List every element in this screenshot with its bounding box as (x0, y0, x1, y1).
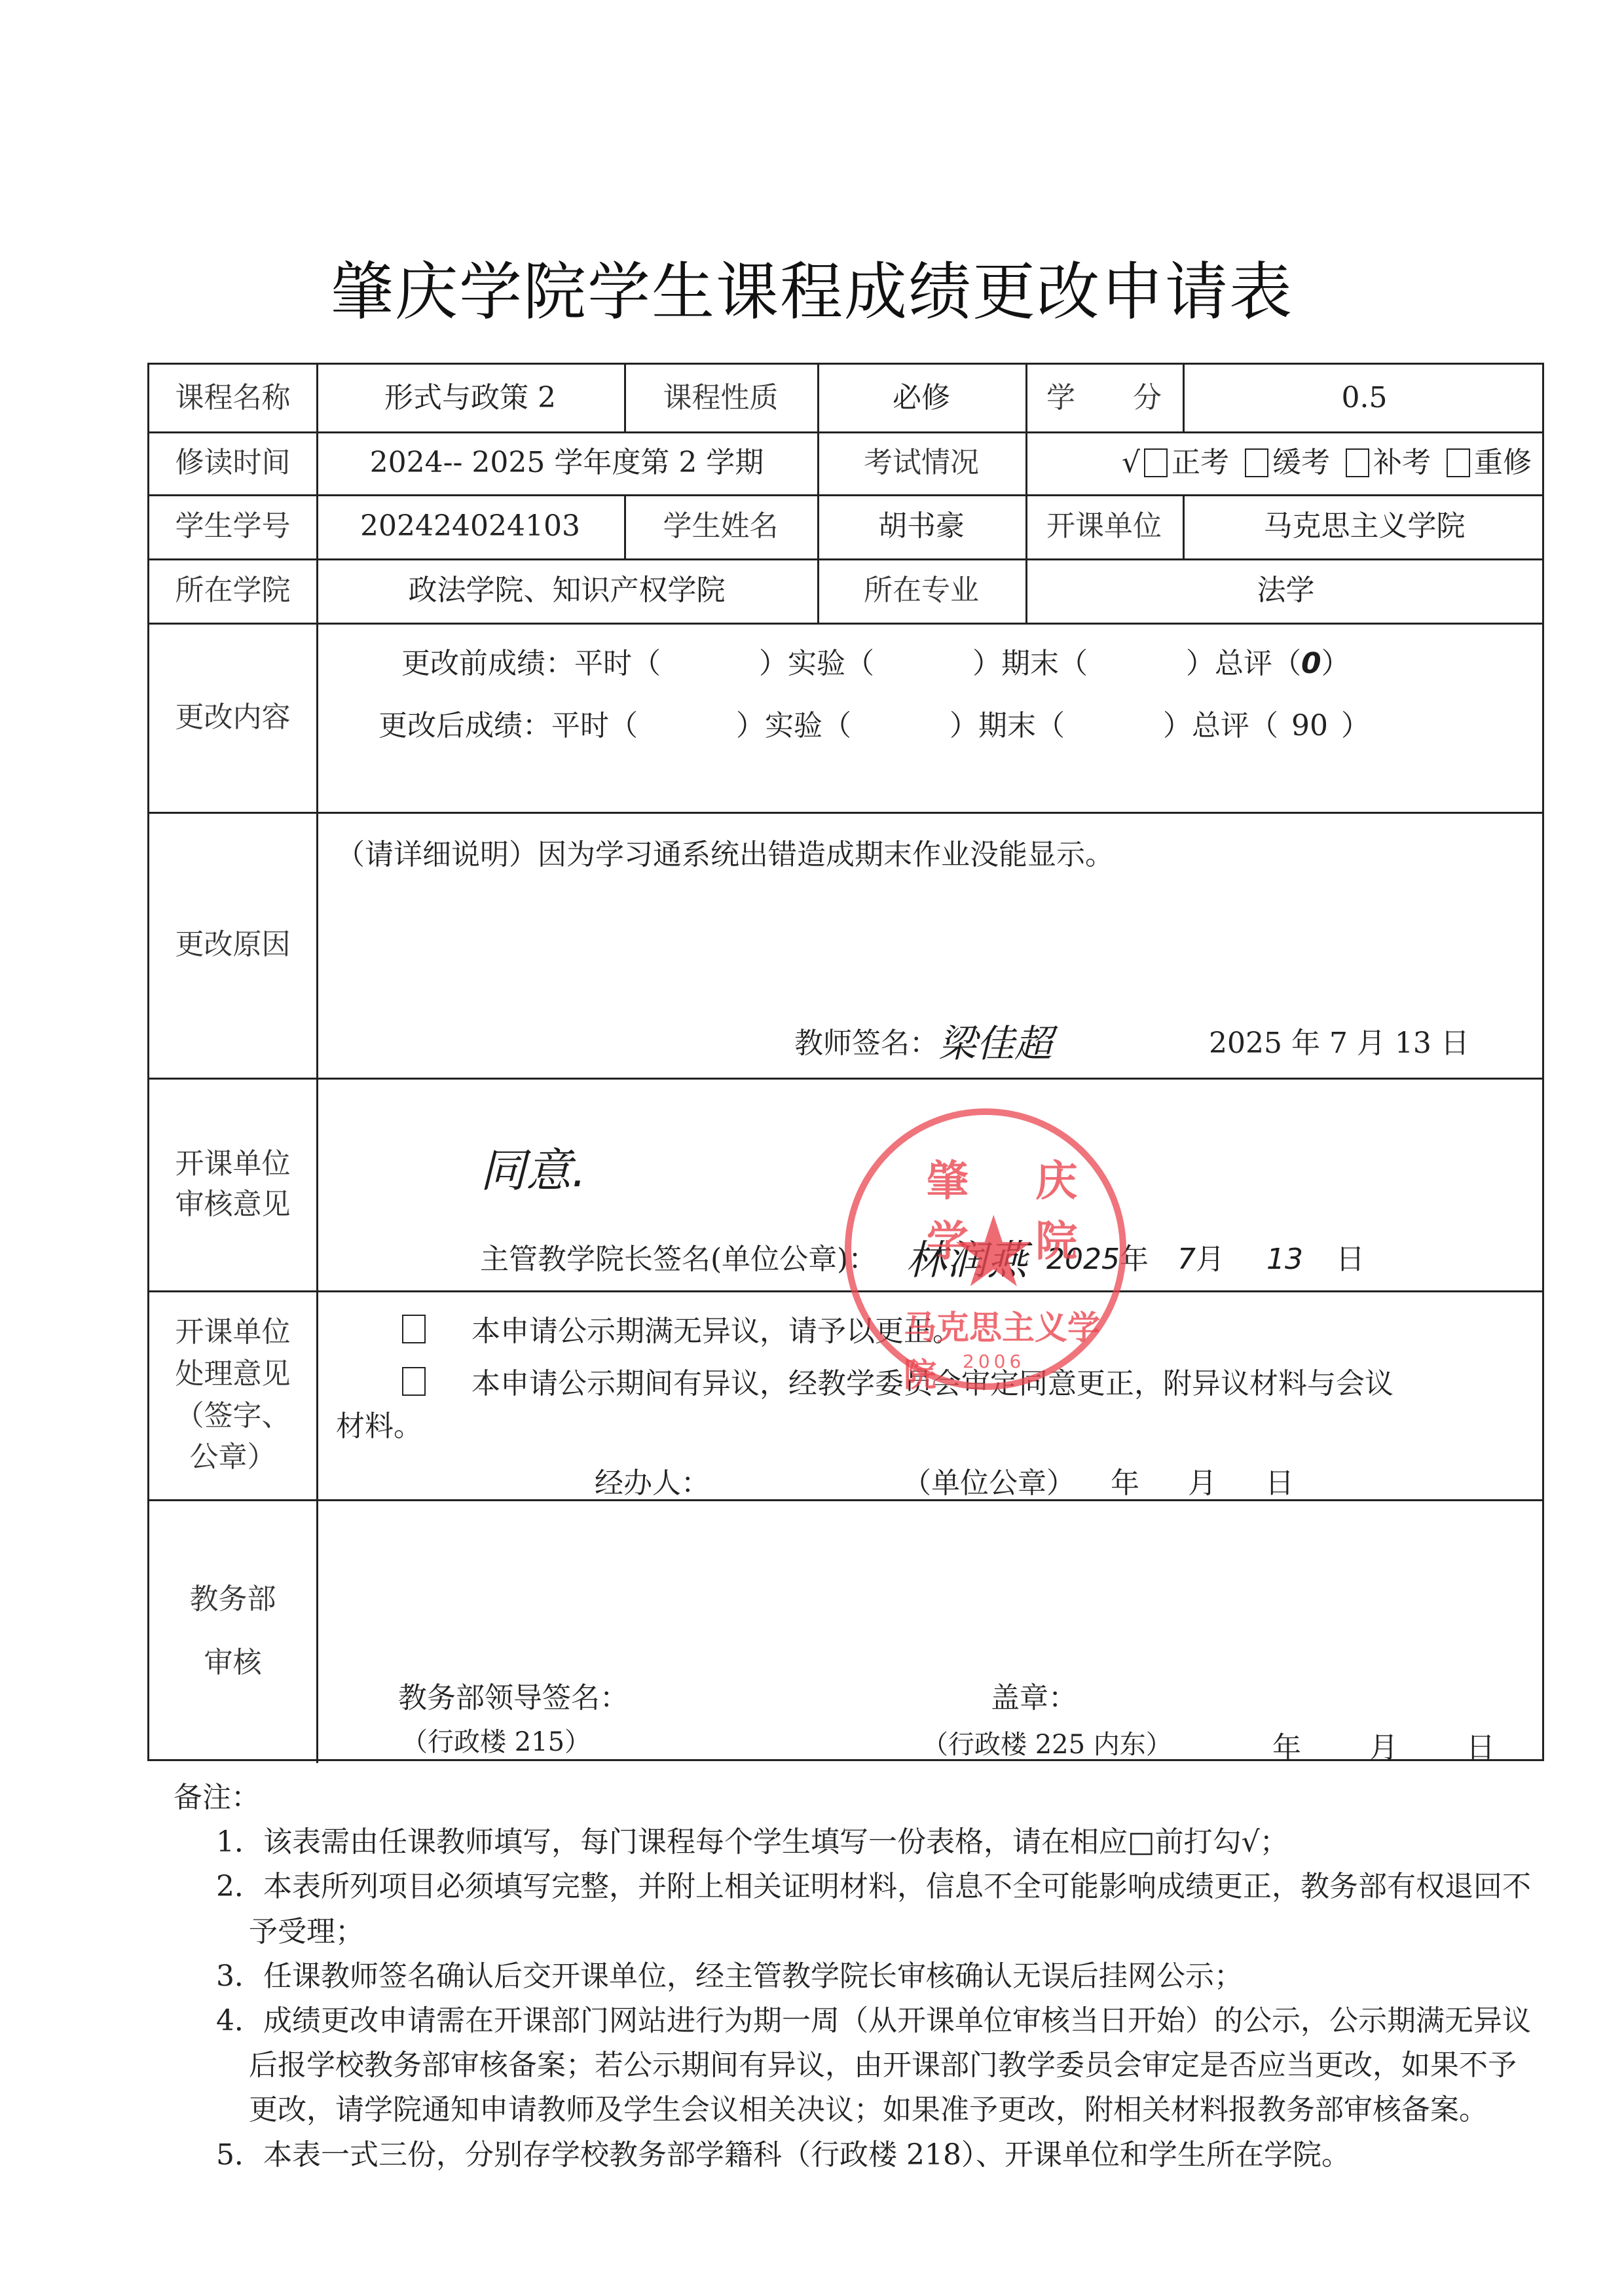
year-label: 年 (1120, 1243, 1149, 1276)
seal-label: 盖章： (991, 1674, 1077, 1716)
dean-signature: 林润燕 (906, 1228, 1027, 1286)
label-line: 审核意见 (175, 1184, 291, 1225)
remark-item: 3．任课教师签名确认后交开课单位，经主管教学院长审核确认无误后挂网公示； (177, 1954, 1539, 1999)
course-type-value: 必修 (817, 365, 1025, 431)
handler-label: 经办人： (595, 1459, 710, 1501)
remarks-section: 备注： 1．该表需由任课教师填写，每门课程每个学生填写一份表格，请在相应□前打勾… (177, 1776, 1539, 2178)
label-line: 处理意见 (175, 1353, 291, 1395)
regular-label: 平时（ (574, 647, 661, 680)
credit-value: 0.5 (1183, 365, 1546, 431)
no-objection-checkbox[interactable] (402, 1315, 426, 1343)
exam-option-label: 缓考 (1272, 443, 1330, 483)
change-content-label: 更改内容 (149, 623, 316, 812)
change-reason-text: （请详细说明）因为学习通系统出错造成期末作业没能显示。 (336, 831, 1114, 873)
teacher-sign-label: 教师签名： (794, 1019, 938, 1061)
teacher-sign-date: 2025 年 7 月 13 日 (1209, 1019, 1469, 1061)
period-value: 2024-- 2025 学年度第 2 学期 (316, 431, 817, 494)
leader-sign-label: 教务部领导签名： (398, 1674, 629, 1716)
label-line: 公章） (190, 1436, 276, 1478)
remarks-heading: 备注： (174, 1776, 1539, 1820)
exam-option-regular-checkbox[interactable] (1144, 448, 1168, 477)
check-mark-icon: √ (1122, 443, 1140, 483)
day-label: 日 (1336, 1243, 1365, 1276)
remark-item: 2．本表所列项目必须填写完整，并附上相关证明材料，信息不全可能影响成绩更正，教务… (177, 1865, 1539, 1954)
leader-location: （行政楼 215） (401, 1721, 591, 1758)
experiment-label: ）实验（ (736, 709, 851, 742)
month-label: 月 (1369, 1731, 1398, 1764)
remark-item: 4．成绩更改申请需在开课部门网站进行为期一周（从开课单位审核当日开始）的公示，公… (177, 1999, 1539, 2133)
grade-before-label: 更改前成绩： (401, 647, 574, 680)
review-opinion: 同意. (480, 1134, 586, 1200)
seal-location: （行政楼 225 内东） (922, 1724, 1172, 1761)
student-id-value: 202424024103 (316, 494, 624, 558)
exam-option-label: 正考 (1172, 443, 1229, 483)
experiment-label: ）实验（ (759, 647, 874, 680)
course-name-value: 形式与政策 2 (316, 365, 624, 431)
month-label: 月 (1196, 1243, 1225, 1276)
offering-unit-handling-label: 开课单位 处理意见 （签字、 公章） (149, 1290, 316, 1499)
exam-status-label: 考试情况 (817, 431, 1025, 494)
major-value: 法学 (1025, 558, 1546, 623)
close-paren: ） (1321, 647, 1350, 680)
option-label: 本申请公示期间有异议，经教学委员会审定同意更正，附异议材料与会议 (471, 1367, 1393, 1400)
label-line: 审核 (204, 1631, 262, 1695)
handling-date: （单位公章） 年 月 日 (902, 1459, 1294, 1501)
grade-after-row: 更改后成绩：平时（）实验（）期末（）总评（90） (378, 702, 1370, 744)
exam-option-deferred-checkbox[interactable] (1245, 448, 1268, 477)
major-label: 所在专业 (817, 558, 1025, 623)
review-month: 7 (1177, 1243, 1196, 1276)
college-label: 所在学院 (149, 558, 316, 623)
page-title: 肇庆学院学生课程成绩更改申请表 (0, 242, 1624, 332)
grade-after-label: 更改后成绩： (378, 709, 551, 742)
option-label: 本申请公示期满无异议，请予以更正。 (471, 1315, 961, 1348)
year-label: 年 (1272, 1731, 1301, 1764)
remark-item: 1．该表需由任课教师填写，每门课程每个学生填写一份表格，请在相应□前打勾√； (177, 1820, 1539, 1865)
label-line: 开课单位 (175, 1144, 291, 1184)
review-day: 13 (1266, 1243, 1303, 1276)
final-label: ）期末（ (972, 647, 1088, 680)
exam-option-label: 重修 (1474, 443, 1532, 483)
course-type-label: 课程性质 (624, 365, 817, 431)
exam-option-label: 补考 (1373, 443, 1431, 483)
grade-before-row: 更改前成绩：平时（）实验（）期末（）总评（0） (401, 640, 1350, 682)
review-year: 2025 (1046, 1243, 1120, 1276)
student-name-label: 学生姓名 (624, 494, 817, 558)
credit-label: 学 分 (1025, 365, 1183, 431)
review-date: 2025年 7月 13日 (1046, 1235, 1365, 1277)
row-divider (149, 812, 1542, 814)
college-value: 政法学院、知识产权学院 (316, 558, 817, 623)
objection-checkbox[interactable] (402, 1367, 426, 1396)
handling-option-objection: 本申请公示期间有异议，经教学委员会审定同意更正，附异议材料与会议 (398, 1360, 1393, 1402)
remark-item: 5．本表一式三份，分别存学校教务部学籍科（行政楼 218）、开课单位和学生所在学… (177, 2133, 1539, 2178)
label-line: （签字、 (175, 1395, 291, 1437)
student-name-value: 胡书豪 (817, 494, 1025, 558)
regular-label: 平时（ (551, 709, 638, 742)
total-label: ）总评（ (1186, 647, 1301, 680)
offering-unit-review-label: 开课单位 审核意见 (149, 1078, 316, 1290)
row-divider (149, 623, 1542, 625)
total-label: ）总评（ (1163, 709, 1278, 742)
row-divider (149, 1290, 1542, 1292)
course-name-label: 课程名称 (149, 365, 316, 431)
dean-sign-label: 主管教学院长签名(单位公章)： (480, 1235, 877, 1277)
grade-before-total: 0 (1301, 647, 1321, 680)
day-label: 日 (1466, 1731, 1495, 1764)
day-label: 日 (1265, 1467, 1294, 1500)
grade-after-total: 90 (1278, 709, 1341, 742)
handling-option-no-objection: 本申请公示期满无异议，请予以更正。 (398, 1307, 961, 1349)
exam-status-options: √ 正考 缓考 补考 重修 (1025, 431, 1546, 494)
label-line: 开课单位 (175, 1311, 291, 1353)
close-paren: ） (1341, 709, 1370, 742)
handling-option-objection-cont: 材料。 (336, 1402, 422, 1444)
row-divider (149, 1499, 1542, 1501)
exam-option-retake-checkbox[interactable] (1447, 448, 1470, 477)
academic-affairs-label: 教务部 审核 (149, 1499, 316, 1763)
academic-affairs-date: 年 月 日 (1272, 1724, 1495, 1766)
label-line: 教务部 (190, 1568, 276, 1631)
exam-option-makeup-checkbox[interactable] (1346, 448, 1369, 477)
offering-unit-label: 开课单位 (1025, 494, 1183, 558)
period-label: 修读时间 (149, 431, 316, 494)
change-reason-label: 更改原因 (149, 812, 316, 1078)
offering-unit-value: 马克思主义学院 (1183, 494, 1546, 558)
student-id-label: 学生学号 (149, 494, 316, 558)
application-form-table: 课程名称 形式与政策 2 课程性质 必修 学 分 0.5 修读时间 2024--… (147, 363, 1544, 1761)
final-label: ）期末（ (950, 709, 1065, 742)
year-label: 年 (1111, 1467, 1139, 1500)
unit-seal-label: （单位公章） (902, 1467, 1075, 1500)
row-divider (149, 1078, 1542, 1080)
teacher-signature: 梁佳超 (938, 1013, 1052, 1068)
month-label: 月 (1188, 1467, 1217, 1500)
